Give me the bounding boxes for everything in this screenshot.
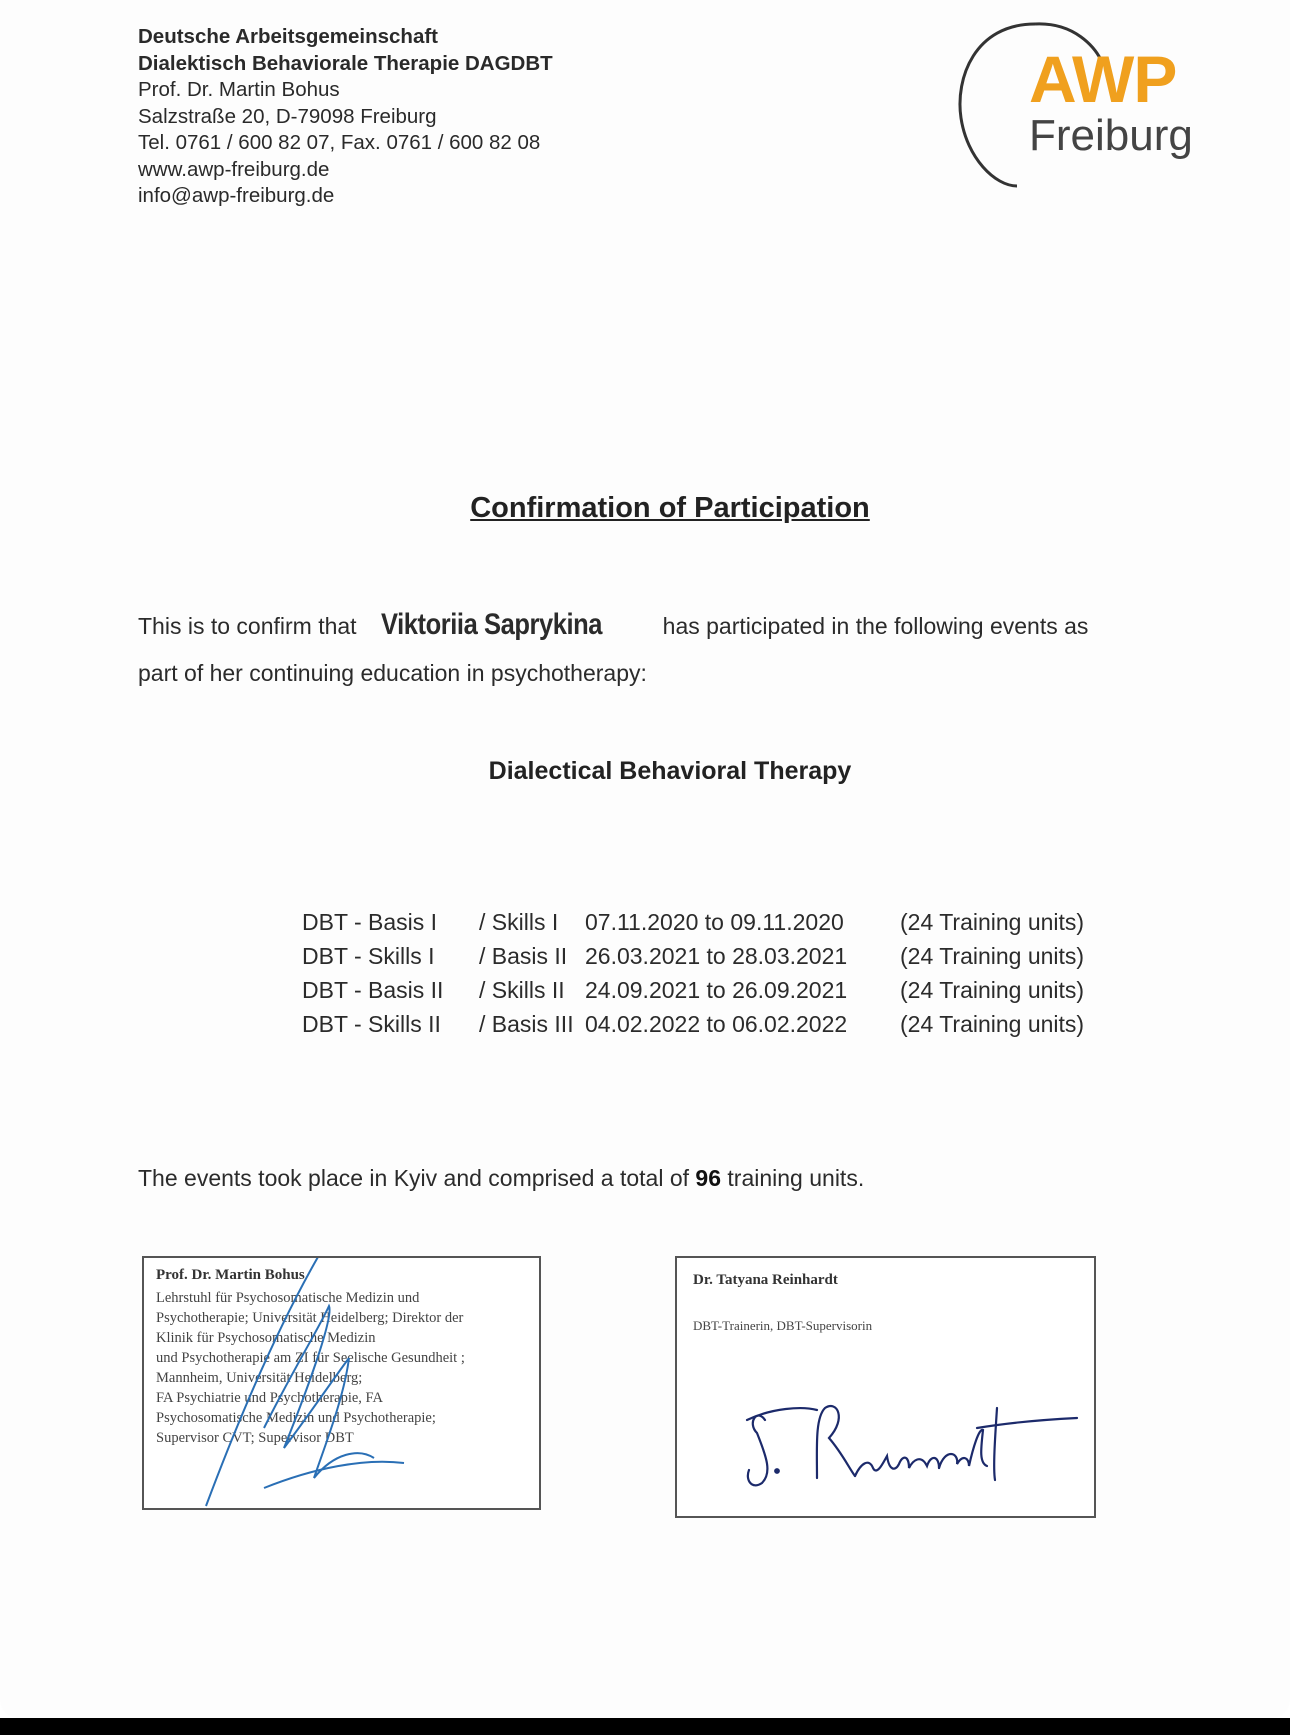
- total-units: 96: [695, 1165, 721, 1191]
- credential-line: Psychosomatische Medizin und Psychothera…: [156, 1408, 536, 1428]
- event-module-pair: / Basis III: [479, 1007, 585, 1041]
- credential-line: FA Psychiatrie und Psychotherapie, FA: [156, 1388, 536, 1408]
- signatory-role: DBT-Trainerin, DBT-Supervisorin: [693, 1318, 872, 1334]
- signatory-name: Dr. Tatyana Reinhardt: [693, 1272, 838, 1289]
- course-subject: Dialectical Behavioral Therapy: [0, 757, 1290, 786]
- credential-line: Mannheim, Universität Heidelberg;: [156, 1368, 536, 1388]
- logo-freiburg-text: Freiburg: [1029, 114, 1193, 158]
- signatory-name: Prof. Dr. Martin Bohus: [156, 1267, 305, 1284]
- event-units: (24 Training units): [900, 905, 1093, 939]
- event-dates: 04.02.2022 to 06.02.2022: [585, 1007, 900, 1041]
- event-module-pair: / Skills II: [479, 973, 585, 1007]
- credential-line: Psychotherapie; Universität Heidelberg; …: [156, 1308, 536, 1328]
- credential-line: Klinik für Psychosomatische Medizin: [156, 1328, 536, 1348]
- event-dates: 24.09.2021 to 26.09.2021: [585, 973, 900, 1007]
- event-row: DBT - Basis I/ Skills I07.11.2020 to 09.…: [302, 905, 1093, 939]
- letterhead-person: Prof. Dr. Martin Bohus: [138, 77, 553, 104]
- page-title: Confirmation of Participation: [0, 492, 1290, 525]
- letterhead-phone-fax: Tel. 0761 / 600 82 07, Fax. 0761 / 600 8…: [138, 130, 553, 157]
- letterhead: Deutsche Arbeitsgemeinschaft Dialektisch…: [138, 24, 553, 210]
- event-units: (24 Training units): [900, 973, 1093, 1007]
- confirmation-line-2: part of her continuing education in psyc…: [138, 660, 647, 687]
- event-module: DBT - Basis II: [302, 973, 479, 1007]
- event-row: DBT - Basis II/ Skills II24.09.2021 to 2…: [302, 973, 1093, 1007]
- confirmation-suffix: has participated in the following events…: [663, 613, 1089, 639]
- document-page: Deutsche Arbeitsgemeinschaft Dialektisch…: [0, 0, 1290, 1718]
- participant-name: Viktoriia Saprykina: [381, 608, 602, 642]
- logo-awp-text: AWP: [1029, 46, 1176, 112]
- event-dates: 07.11.2020 to 09.11.2020: [585, 905, 900, 939]
- handwritten-signature-icon: [677, 1258, 1094, 1516]
- summary-line: The events took place in Kyiv and compri…: [138, 1165, 864, 1192]
- event-module: DBT - Basis I: [302, 905, 479, 939]
- event-row: DBT - Skills II/ Basis III04.02.2022 to …: [302, 1007, 1093, 1041]
- bottom-bar: [0, 1718, 1290, 1735]
- credential-line: und Psychotherapie am ZI für Seelische G…: [156, 1348, 536, 1368]
- awp-freiburg-logo: AWP Freiburg: [955, 18, 1215, 188]
- event-units: (24 Training units): [900, 939, 1093, 973]
- summary-suffix: training units.: [727, 1165, 864, 1191]
- event-row: DBT - Skills I/ Basis II26.03.2021 to 28…: [302, 939, 1093, 973]
- letterhead-address: Salzstraße 20, D-79098 Freiburg: [138, 104, 553, 131]
- org-name-line2: Dialektisch Behaviorale Therapie DAGDBT: [138, 51, 553, 78]
- events-table: DBT - Basis I/ Skills I07.11.2020 to 09.…: [302, 905, 1093, 1041]
- confirmation-line-1: This is to confirm thatViktoriia Sapryki…: [138, 608, 1088, 642]
- event-module-pair: / Skills I: [479, 905, 585, 939]
- credential-line: Supervisor CVT; Supervisor DBT: [156, 1428, 536, 1448]
- summary-prefix: The events took place in Kyiv and compri…: [138, 1165, 689, 1191]
- event-module-pair: / Basis II: [479, 939, 585, 973]
- event-module: DBT - Skills II: [302, 1007, 479, 1041]
- event-module: DBT - Skills I: [302, 939, 479, 973]
- letterhead-email: info@awp-freiburg.de: [138, 183, 553, 210]
- event-units: (24 Training units): [900, 1007, 1093, 1041]
- signatory-credentials: Lehrstuhl für Psychosomatische Medizin u…: [156, 1288, 536, 1448]
- confirmation-prefix: This is to confirm that: [138, 613, 357, 639]
- signature-box-reinhardt: Dr. Tatyana Reinhardt DBT-Trainerin, DBT…: [675, 1256, 1096, 1518]
- credential-line: Lehrstuhl für Psychosomatische Medizin u…: [156, 1288, 536, 1308]
- org-name-line1: Deutsche Arbeitsgemeinschaft: [138, 24, 553, 51]
- letterhead-website: www.awp-freiburg.de: [138, 157, 553, 184]
- event-dates: 26.03.2021 to 28.03.2021: [585, 939, 900, 973]
- signature-box-bohus: Prof. Dr. Martin Bohus Lehrstuhl für Psy…: [142, 1256, 541, 1510]
